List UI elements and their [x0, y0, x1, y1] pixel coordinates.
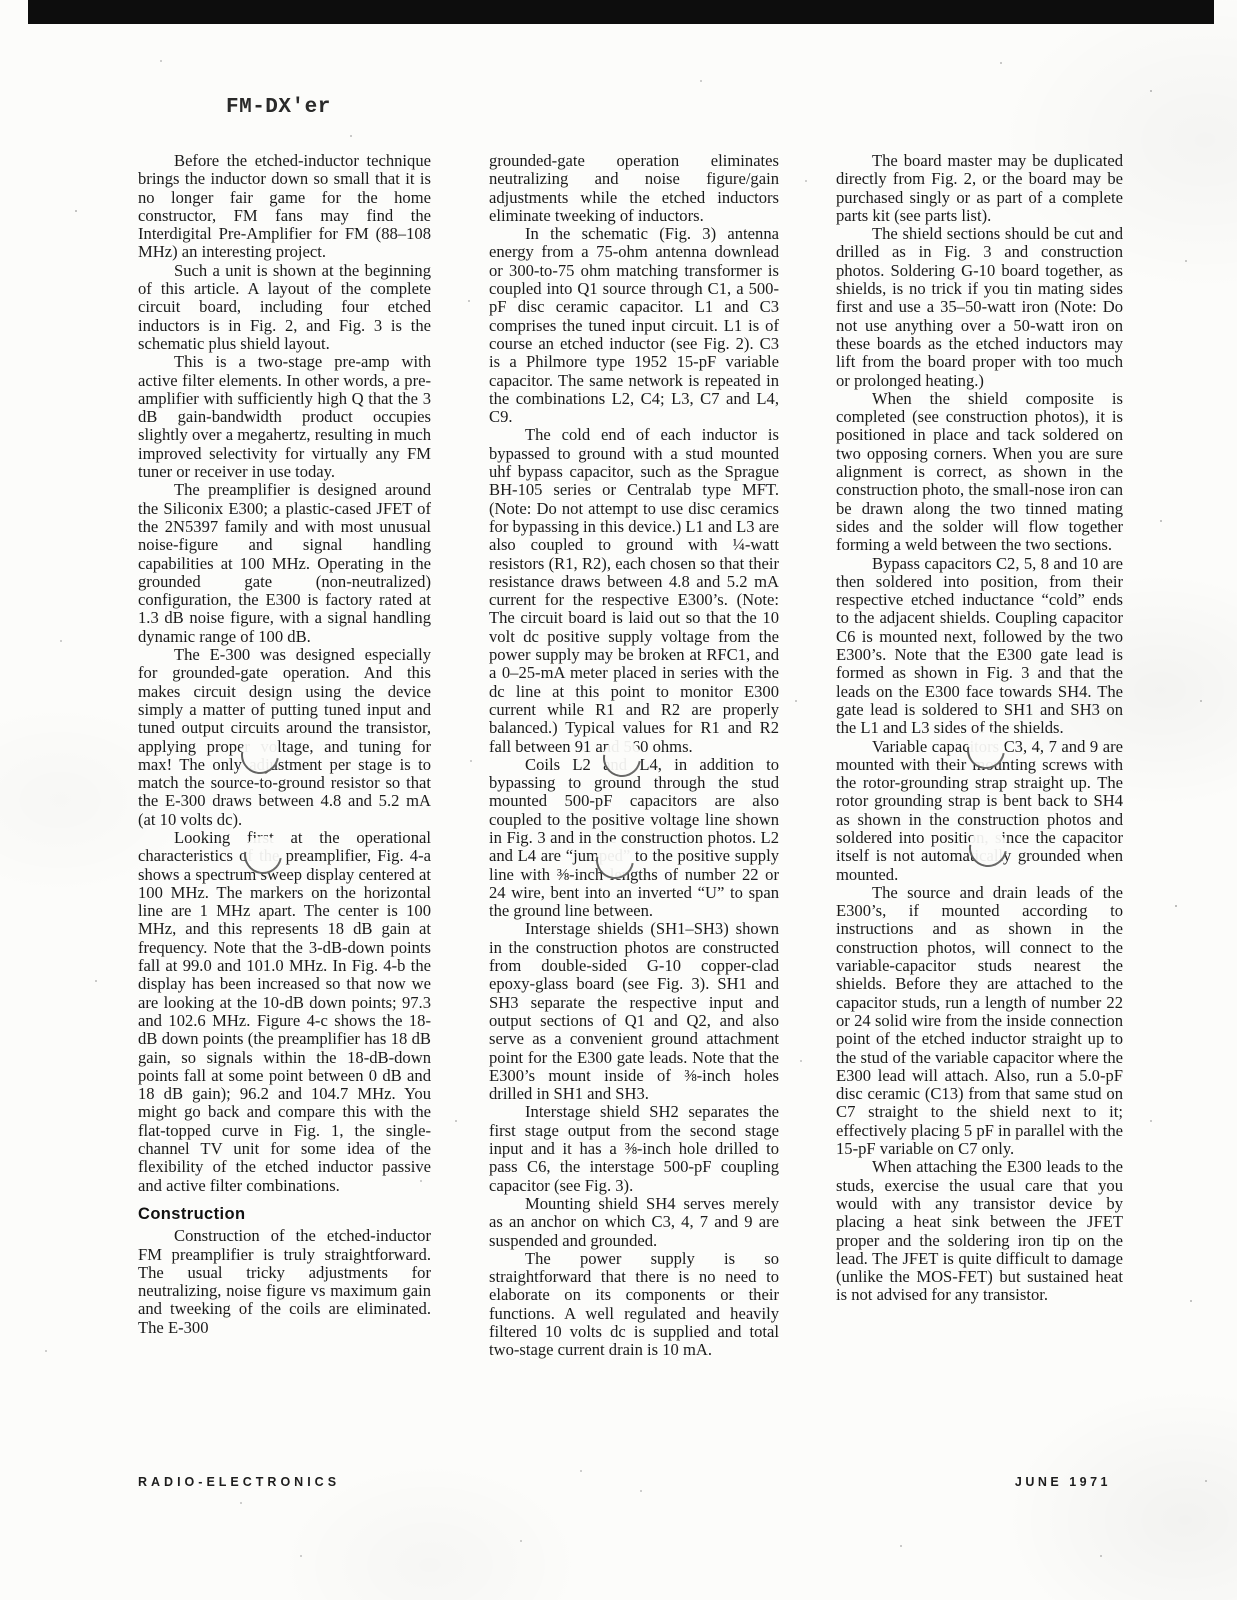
paragraph: Such a unit is shown at the beginning of…: [138, 262, 431, 353]
paragraph: In the schematic (Fig. 3) antenna energy…: [489, 225, 779, 426]
paragraph: The preamplifier is designed around the …: [138, 481, 431, 646]
paragraph: When the shield composite is completed (…: [836, 390, 1123, 555]
paragraph: The cold end of each inductor is bypasse…: [489, 426, 779, 755]
paragraph: Interstage shield SH2 separates the firs…: [489, 1103, 779, 1194]
paragraph: The E-300 was designed especially for gr…: [138, 646, 431, 829]
column-3: The board master may be duplicated direc…: [836, 152, 1123, 1305]
scan-speckle-noise: [0, 0, 2, 2]
magazine-page: FM-DX'er Before the etched-inductor tech…: [0, 0, 1237, 1600]
paragraph: Looking first at the operational charact…: [138, 829, 431, 1195]
section-heading-construction: Construction: [138, 1205, 431, 1223]
paragraph: grounded-gate operation eliminates neutr…: [489, 152, 779, 225]
paragraph: Mounting shield SH4 serves merely as an …: [489, 1195, 779, 1250]
paragraph: This is a two-stage pre-amp with active …: [138, 353, 431, 481]
paragraph: When attaching the E300 leads to the stu…: [836, 1158, 1123, 1304]
paragraph: The board master may be duplicated direc…: [836, 152, 1123, 225]
issue-date-footer: JUNE 1971: [1015, 1475, 1111, 1489]
page-title: FM-DX'er: [226, 96, 331, 119]
paragraph: Coils L2 and L4, in addition to bypassin…: [489, 756, 779, 921]
column-1-lower: Construction of the etched-inductor FM p…: [138, 1227, 431, 1337]
paragraph: Before the etched-inductor technique bri…: [138, 152, 431, 262]
paragraph: Interstage shields (SH1–SH3) shown in th…: [489, 920, 779, 1103]
paragraph: The power supply is so straightforward t…: [489, 1250, 779, 1360]
paragraph: Bypass capacitors C2, 5, 8 and 10 are th…: [836, 555, 1123, 738]
column-1: Before the etched-inductor technique bri…: [138, 152, 431, 1337]
paragraph: The source and drain leads of the E300’s…: [836, 884, 1123, 1158]
magazine-name-footer: RADIO-ELECTRONICS: [138, 1475, 340, 1489]
column-1-upper: Before the etched-inductor technique bri…: [138, 152, 431, 1195]
scan-top-bar: [28, 0, 1214, 24]
paragraph: Construction of the etched-inductor FM p…: [138, 1227, 431, 1337]
paragraph: The shield sections should be cut and dr…: [836, 225, 1123, 390]
